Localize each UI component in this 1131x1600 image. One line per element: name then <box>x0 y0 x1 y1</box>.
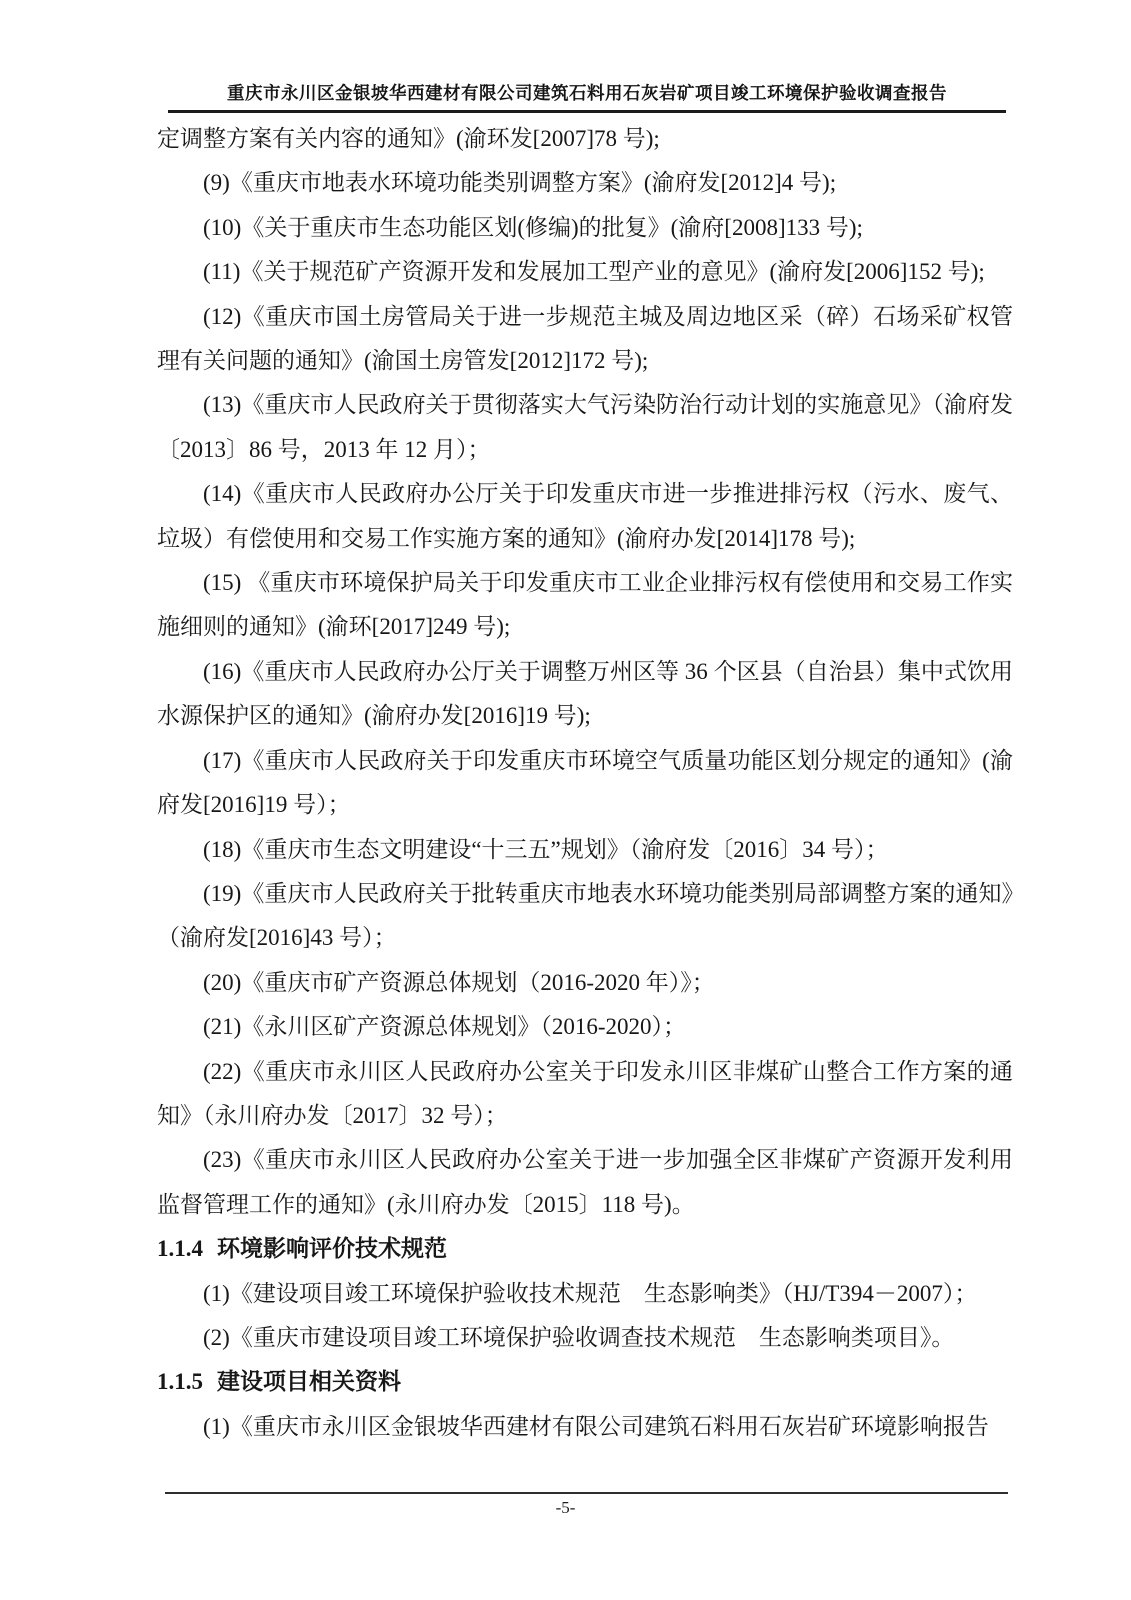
page-number: -5- <box>0 1498 1131 1518</box>
paragraph: (13)《重庆市人民政府关于贯彻落实大气污染防治行动计划的实施意见》（渝府发〔2… <box>157 383 1013 472</box>
section-title: 环境影响评价技术规范 <box>217 1236 447 1261</box>
paragraph: (18)《重庆市生态文明建设“十三五”规划》（渝府发〔2016〕34 号）； <box>157 828 1013 872</box>
section-number: 1.1.5 <box>157 1369 203 1394</box>
paragraph: (1)《重庆市永川区金银坡华西建材有限公司建筑石料用石灰岩矿环境影响报告 <box>157 1405 1013 1449</box>
section-heading: 1.1.5建设项目相关资料 <box>157 1360 1013 1404</box>
paragraph: (19)《重庆市人民政府关于批转重庆市地表水环境功能类别局部调整方案的通知》（渝… <box>157 872 1013 961</box>
paragraph: (12)《重庆市国土房管局关于进一步规范主城及周边地区采（碎）石场采矿权管理有关… <box>157 295 1013 384</box>
paragraph: (17)《重庆市人民政府关于印发重庆市环境空气质量功能区划分规定的通知》(渝府发… <box>157 739 1013 828</box>
page-header-title: 重庆市永川区金银坡华西建材有限公司建筑石料用石灰岩矿项目竣工环境保护验收调查报告 <box>168 80 1006 113</box>
paragraph: (14)《重庆市人民政府办公厅关于印发重庆市进一步推进排污权（污水、废气、垃圾）… <box>157 472 1013 561</box>
section-title: 建设项目相关资料 <box>217 1369 401 1394</box>
section-heading: 1.1.4环境影响评价技术规范 <box>157 1227 1013 1271</box>
paragraph: (15) 《重庆市环境保护局关于印发重庆市工业企业排污权有偿使用和交易工作实施细… <box>157 561 1013 650</box>
paragraph: 定调整方案有关内容的通知》(渝环发[2007]78 号); <box>157 117 1013 161</box>
paragraph: (1)《建设项目竣工环境保护验收技术规范 生态影响类》（HJ/T394－2007… <box>157 1272 1013 1316</box>
paragraph: (21)《永川区矿产资源总体规划》（2016-2020）； <box>157 1005 1013 1049</box>
paragraph: (11)《关于规范矿产资源开发和发展加工型产业的意见》(渝府发[2006]152… <box>157 250 1013 294</box>
paragraph: (23)《重庆市永川区人民政府办公室关于进一步加强全区非煤矿产资源开发利用监督管… <box>157 1138 1013 1227</box>
paragraph: (10)《关于重庆市生态功能区划(修编)的批复》(渝府[2008]133 号); <box>157 206 1013 250</box>
document-body: 定调整方案有关内容的通知》(渝环发[2007]78 号);(9)《重庆市地表水环… <box>157 117 1013 1449</box>
paragraph: (2)《重庆市建设项目竣工环境保护验收调查技术规范 生态影响类项目》。 <box>157 1316 1013 1360</box>
paragraph: (22)《重庆市永川区人民政府办公室关于印发永川区非煤矿山整合工作方案的通知》（… <box>157 1050 1013 1139</box>
paragraph: (16)《重庆市人民政府办公厅关于调整万州区等 36 个区县（自治县）集中式饮用… <box>157 650 1013 739</box>
paragraph: (9)《重庆市地表水环境功能类别调整方案》(渝府发[2012]4 号); <box>157 161 1013 205</box>
paragraph: (20)《重庆市矿产资源总体规划（2016-2020 年）》； <box>157 961 1013 1005</box>
footer-divider <box>165 1492 1008 1494</box>
section-number: 1.1.4 <box>157 1236 203 1261</box>
document-page: { "page": { "header": { "title": "重庆市永川区… <box>0 0 1131 1600</box>
